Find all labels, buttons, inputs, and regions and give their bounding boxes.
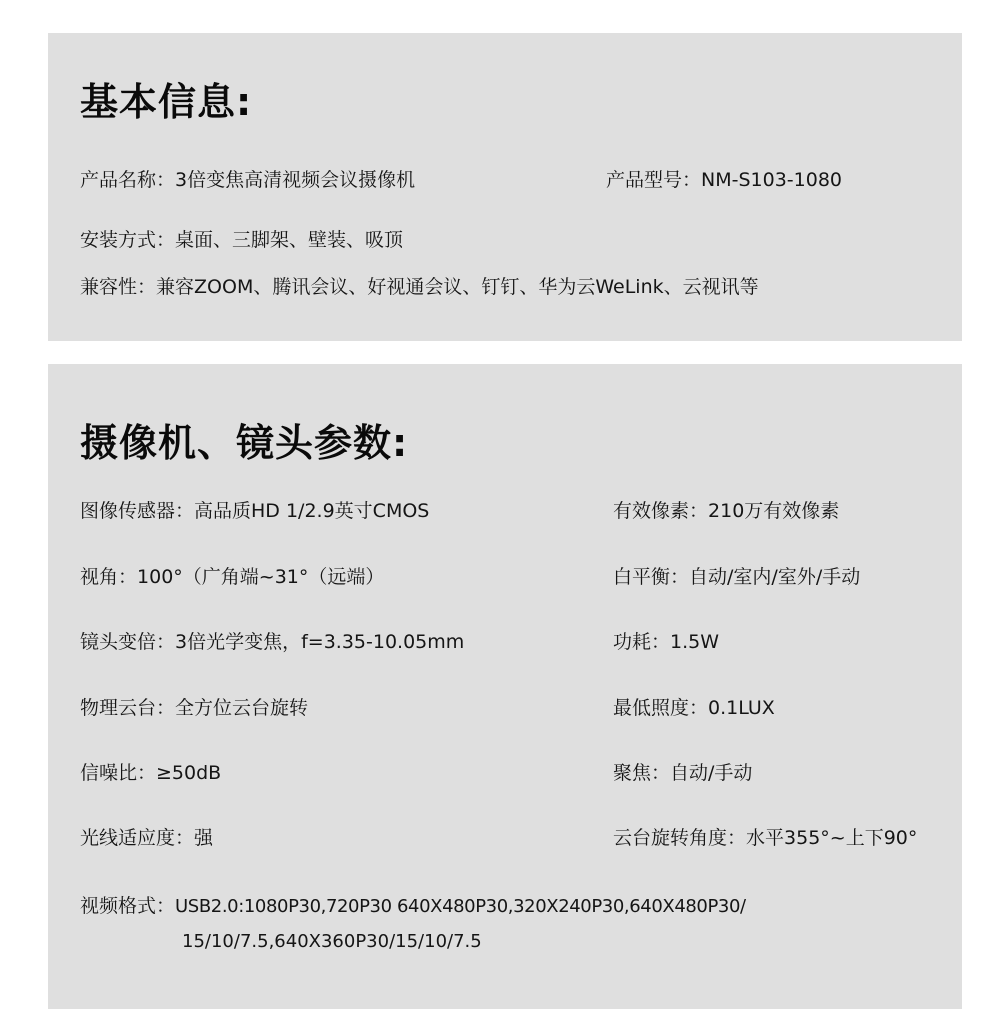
spec-sensor: 图像传感器：高品质HD 1/2.9英寸CMOS [80,502,429,521]
spec-product-model: 产品型号：NM-S103-1080 [606,171,842,190]
spec-video-format-line2: 15/10/7.5,640X360P30/15/10/7.5 [182,933,482,951]
spec-label: 光线适应度： [80,827,194,849]
spec-value: 高品质HD 1/2.9英寸CMOS [194,500,429,522]
spec-value: 3倍光学变焦，f=3.35-10.05mm [175,631,464,653]
spec-label: 产品型号： [606,169,701,191]
spec-fov: 视角：100°（广角端~31°（远端） [80,568,384,587]
spec-value: 强 [194,827,213,849]
spec-label: 白平衡： [613,566,689,588]
spec-label: 视角： [80,566,137,588]
spec-value: 桌面、三脚架、壁装、吸顶 [175,229,403,251]
spec-value: 自动/手动 [670,762,752,784]
spec-label: 图像传感器： [80,500,194,522]
camera-params-panel: 摄像机、镜头参数: 图像传感器：高品质HD 1/2.9英寸CMOS 视角：100… [48,364,962,1009]
basic-info-panel: 基本信息: 产品名称：3倍变焦高清视频会议摄像机 产品型号：NM-S103-10… [48,33,962,341]
spec-label: 有效像素： [613,500,708,522]
spec-label: 功耗： [613,631,670,653]
spec-label: 视频格式： [80,895,175,917]
spec-value: 100°（广角端~31°（远端） [137,566,384,588]
spec-white-balance: 白平衡：自动/室内/室外/手动 [613,568,860,587]
spec-install: 安装方式：桌面、三脚架、壁装、吸顶 [80,231,403,250]
spec-light-adapt: 光线适应度：强 [80,829,213,848]
spec-product-name: 产品名称：3倍变焦高清视频会议摄像机 [80,171,415,190]
spec-ptz: 物理云台：全方位云台旋转 [80,699,308,718]
spec-zoom: 镜头变倍：3倍光学变焦，f=3.35-10.05mm [80,633,464,652]
spec-value: 1.5W [670,631,719,653]
spec-value: 3倍变焦高清视频会议摄像机 [175,169,415,191]
spec-ptz-angle: 云台旋转角度：水平355°~上下90° [613,829,917,848]
spec-label: 云台旋转角度： [613,827,746,849]
spec-label: 产品名称： [80,169,175,191]
spec-label: 镜头变倍： [80,631,175,653]
spec-value-line1: USB2.0:1080P30,720P30 640X480P30,320X240… [175,896,746,917]
spec-value: 自动/室内/室外/手动 [689,566,860,588]
spec-value: 0.1LUX [708,697,775,719]
spec-label: 安装方式： [80,229,175,251]
spec-value: 兼容ZOOM、腾讯会议、好视通会议、钉钉、华为云WeLink、云视讯等 [156,276,759,298]
spec-value: 水平355°~上下90° [746,827,917,849]
spec-pixels: 有效像素：210万有效像素 [613,502,839,521]
spec-focus: 聚焦：自动/手动 [613,764,752,783]
spec-label: 聚焦： [613,762,670,784]
spec-value: ≥50dB [156,762,221,784]
spec-power: 功耗：1.5W [613,633,719,652]
spec-label: 兼容性： [80,276,156,298]
spec-label: 信噪比： [80,762,156,784]
spec-value: 全方位云台旋转 [175,697,308,719]
spec-video-format: 视频格式：USB2.0:1080P30,720P30 640X480P30,32… [80,897,746,916]
spec-value: 210万有效像素 [708,500,839,522]
spec-compat: 兼容性：兼容ZOOM、腾讯会议、好视通会议、钉钉、华为云WeLink、云视讯等 [80,278,759,297]
spec-min-illumination: 最低照度：0.1LUX [613,699,775,718]
camera-params-title: 摄像机、镜头参数: [80,424,408,462]
spec-label: 最低照度： [613,697,708,719]
basic-info-title: 基本信息: [80,83,252,121]
spec-value: NM-S103-1080 [701,169,842,191]
spec-snr: 信噪比：≥50dB [80,764,221,783]
spec-label: 物理云台： [80,697,175,719]
